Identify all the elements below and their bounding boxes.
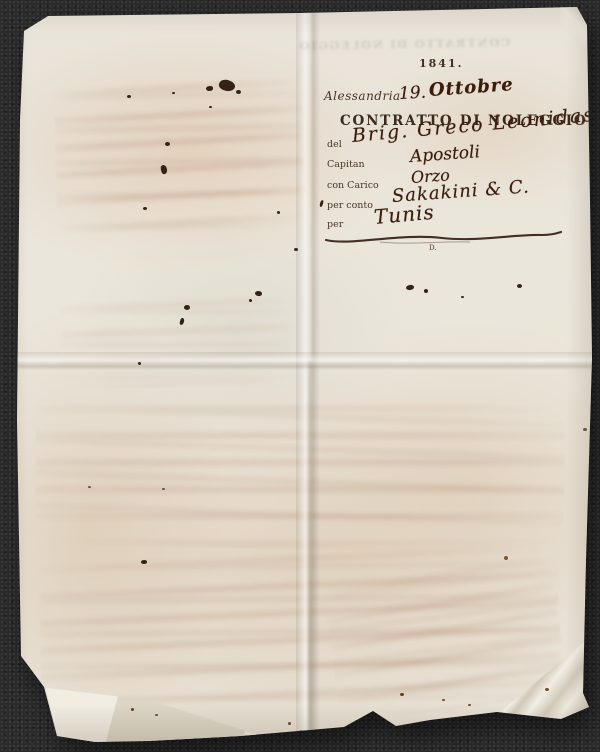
photo-stage: CONTRATTO DI NOLEGGIO 1841. Alessandria … bbox=[0, 0, 600, 752]
vertical-fold-seam-lower bbox=[308, 360, 312, 752]
folded-corner-top-right bbox=[560, 6, 588, 44]
ghost-mirrored-title: CONTRATTO DI NOLEGGIO bbox=[298, 35, 510, 53]
handwritten-date-month: Ottobre bbox=[428, 74, 514, 101]
stray-ink-comma bbox=[319, 200, 324, 208]
handwritten-date-day: 19. bbox=[398, 83, 426, 104]
handwritten-captain-name: Apostoli bbox=[409, 142, 480, 167]
document-paper: CONTRATTO DI NOLEGGIO 1841. Alessandria … bbox=[0, 0, 600, 752]
bleedthrough-script-top-left bbox=[52, 68, 308, 245]
field-label-con-carico: con Carico bbox=[327, 180, 379, 191]
handwritten-vessel-name: Brig. Greco Leonidas bbox=[351, 104, 596, 147]
field-label-del: del bbox=[327, 139, 342, 150]
field-label-per-conto: per conto bbox=[327, 200, 373, 211]
printed-year: 1841. bbox=[419, 57, 463, 70]
signature-flourish-line bbox=[320, 224, 566, 250]
bleedthrough-script-mid-left bbox=[59, 286, 291, 390]
footnote-mark: D. bbox=[429, 244, 437, 252]
printed-place-label: Alessandria bbox=[324, 89, 401, 103]
paper-shadow-wrap: CONTRATTO DI NOLEGGIO 1841. Alessandria … bbox=[0, 0, 600, 752]
horizontal-fold-crease bbox=[0, 352, 600, 370]
field-label-capitan: Capitan bbox=[327, 159, 365, 170]
